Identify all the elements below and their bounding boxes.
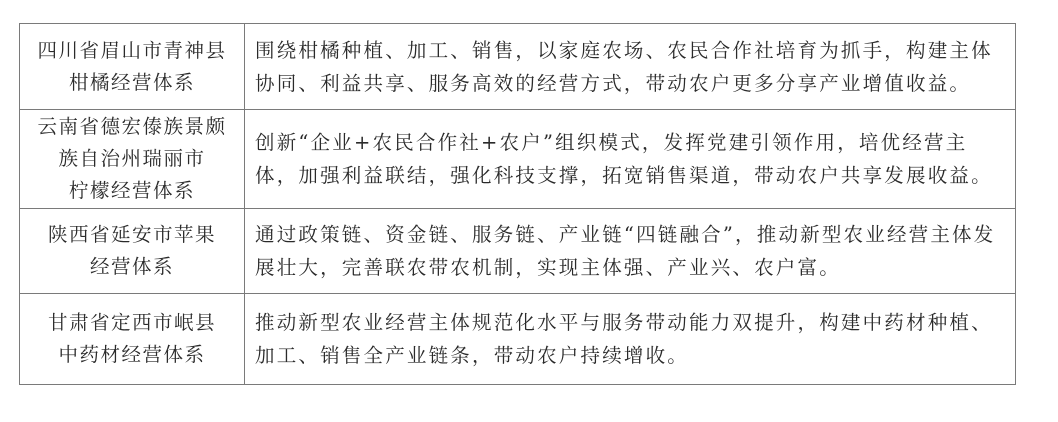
region-name-cell: 云南省德宏傣族景颇 族自治州瑞丽市 柠檬经营体系 — [20, 110, 245, 209]
region-name-cell: 甘肃省定西市岷县 中药材经营体系 — [20, 294, 245, 385]
region-name-line: 经营体系 — [20, 251, 244, 283]
description-cell: 围绕柑橘种植、加工、销售，以家庭农场、农民合作社培育为抓手，构建主体协同、利益共… — [245, 24, 1016, 110]
table-row: 云南省德宏傣族景颇 族自治州瑞丽市 柠檬经营体系 创新“企业+农民合作社+农户”… — [20, 110, 1016, 209]
description-cell: 创新“企业+农民合作社+农户”组织模式，发挥党建引领作用，培优经营主体，加强利益… — [245, 110, 1016, 209]
region-name-line: 柑橘经营体系 — [20, 67, 244, 99]
table-row: 陕西省延安市苹果 经营体系 通过政策链、资金链、服务链、产业链“四链融合”，推动… — [20, 209, 1016, 294]
table-row: 四川省眉山市青神县 柑橘经营体系 围绕柑橘种植、加工、销售，以家庭农场、农民合作… — [20, 24, 1016, 110]
region-name-line: 四川省眉山市青神县 — [20, 35, 244, 67]
region-name-line: 柠檬经营体系 — [20, 175, 244, 207]
description-cell: 通过政策链、资金链、服务链、产业链“四链融合”，推动新型农业经营主体发展壮大，完… — [245, 209, 1016, 294]
description-cell: 推动新型农业经营主体规范化水平与服务带动能力双提升，构建中药材种植、加工、销售全… — [245, 294, 1016, 385]
operating-systems-table: 四川省眉山市青神县 柑橘经营体系 围绕柑橘种植、加工、销售，以家庭农场、农民合作… — [19, 23, 1016, 385]
region-name-cell: 陕西省延安市苹果 经营体系 — [20, 209, 245, 294]
region-name-line: 云南省德宏傣族景颇 — [20, 111, 244, 143]
region-name-line: 族自治州瑞丽市 — [20, 143, 244, 175]
region-name-line: 中药材经营体系 — [20, 339, 244, 371]
region-name-line: 甘肃省定西市岷县 — [20, 307, 244, 339]
table-row: 甘肃省定西市岷县 中药材经营体系 推动新型农业经营主体规范化水平与服务带动能力双… — [20, 294, 1016, 385]
region-name-line: 陕西省延安市苹果 — [20, 219, 244, 251]
region-name-cell: 四川省眉山市青神县 柑橘经营体系 — [20, 24, 245, 110]
